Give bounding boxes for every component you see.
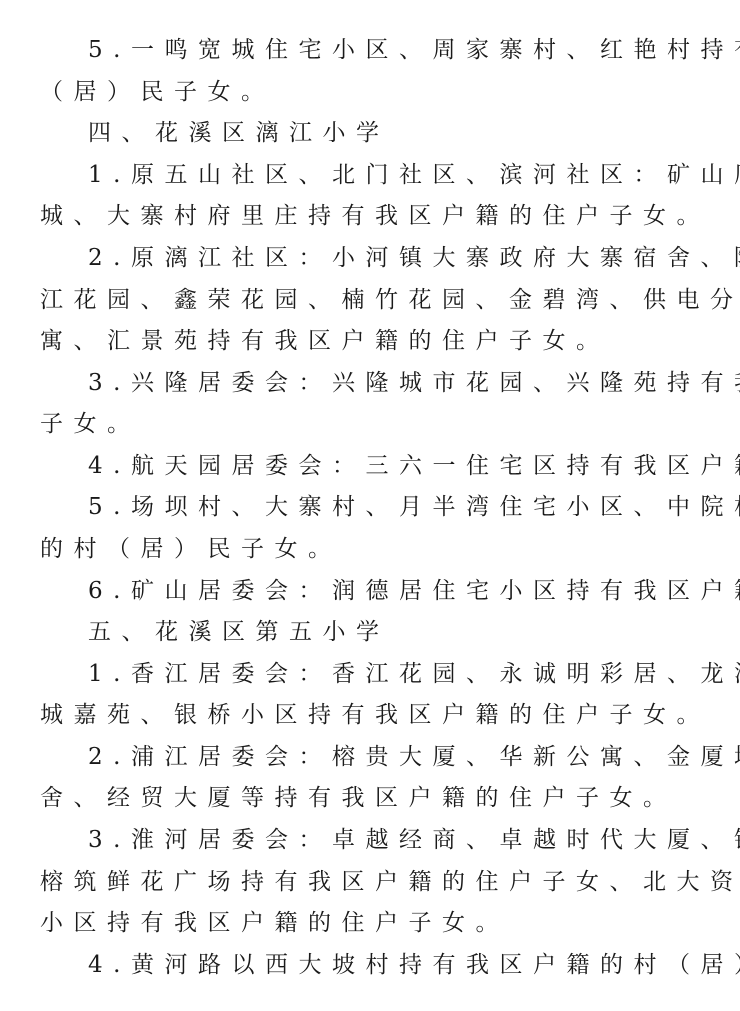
text-line-lijiang-5-cont: 的村（居）民子女。 (40, 529, 704, 570)
text-line-item5-cont: （居）民子女。 (40, 72, 704, 113)
text-line-fifth-2-cont: 舍、经贸大厦等持有我区户籍的住户子女。 (40, 778, 704, 819)
text-line-lijiang-1-cont: 城、大寨村府里庄持有我区户籍的住户子女。 (40, 196, 704, 237)
section-heading-lijiang-school: 四、花溪区漓江小学 (88, 113, 704, 154)
text-line-fifth-3-cont: 榕筑鲜花广场持有我区户籍的住户子女、北大资源缤纷广场住宅 (40, 862, 704, 903)
text-line-lijiang-3-cont: 子女。 (40, 404, 704, 445)
text-line-lijiang-1: 1.原五山社区、北门社区、滨河社区：矿山厂住宅区、上河 (88, 155, 704, 196)
text-line-lijiang-4: 4.航天园居委会：三六一住宅区持有我区户籍的住户子女。 (88, 446, 704, 487)
text-line-fifth-2: 2.浦江居委会：榕贵大厦、华新公寓、金厦地产食品大楼宿 (88, 737, 704, 778)
text-line-fifth-1: 1.香江居委会：香江花园、永诚明彩居、龙湾国际一期、长 (88, 654, 704, 695)
text-line-lijiang-2-cont2: 寓、汇景苑持有我区户籍的住户子女。 (40, 321, 704, 362)
text-line-lijiang-2: 2.原漓江社区：小河镇大寨政府大寨宿舍、防疫站宿舍、漓 (88, 238, 704, 279)
text-line-fifth-4: 4.黄河路以西大坡村持有我区户籍的村（居）民子女。 (88, 945, 704, 986)
text-line-lijiang-6: 6.矿山居委会：润德居住宅小区持有我区户籍的住户子女。 (88, 571, 704, 612)
text-line-lijiang-2-cont: 江花园、鑫荣花园、楠竹花园、金碧湾、供电分局宿舍、教师公 (40, 280, 704, 321)
text-line-item5-first: 5.一鸣宽城住宅小区、周家寨村、红艳村持有我区户籍的村 (88, 30, 704, 71)
text-line-lijiang-3: 3.兴隆居委会：兴隆城市花园、兴隆苑持有我区户籍的住户 (88, 363, 704, 404)
text-line-lijiang-5: 5.场坝村、大寨村、月半湾住宅小区、中院村持有我区户籍 (88, 487, 704, 528)
section-heading-fifth-school: 五、花溪区第五小学 (88, 612, 704, 653)
text-line-fifth-3: 3.淮河居委会：卓越经商、卓越时代大厦、铭星小河印象、 (88, 820, 704, 861)
document-page: 5.一鸣宽城住宅小区、周家寨村、红艳村持有我区户籍的村 （居）民子女。 四、花溪… (0, 0, 740, 1011)
text-line-fifth-1-cont: 城嘉苑、银桥小区持有我区户籍的住户子女。 (40, 695, 704, 736)
text-line-fifth-3-cont2: 小区持有我区户籍的住户子女。 (40, 903, 704, 944)
